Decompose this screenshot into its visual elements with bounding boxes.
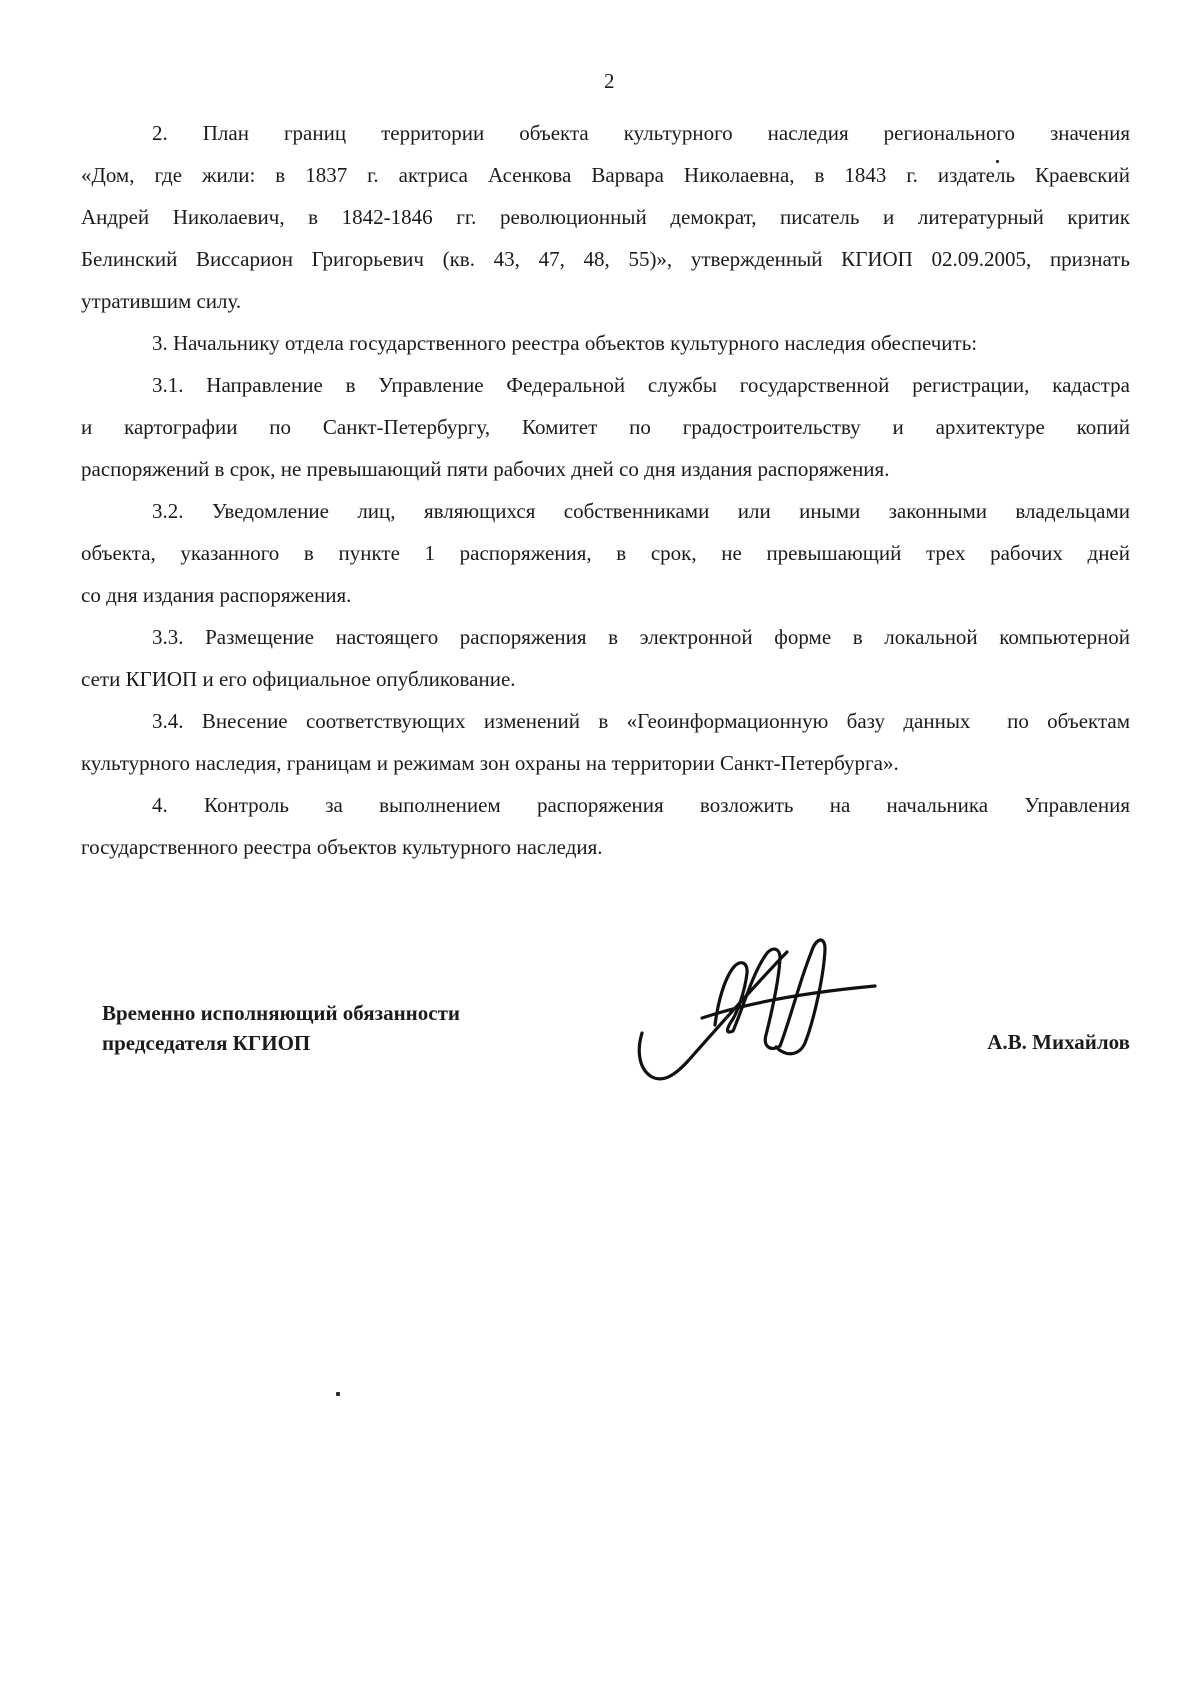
scan-artifact-dot <box>336 1392 340 1396</box>
signer-name: А.В. Михайлов <box>987 1027 1130 1057</box>
page-number: 2 <box>604 70 615 92</box>
paragraph-3-1-line-1: 3.1. Направление в Управление Федерально… <box>81 364 1130 406</box>
document-page: 2 2. План границ территории объекта куль… <box>0 0 1200 1697</box>
paragraph-3-3-line-1: 3.3. Размещение настоящего распоряжения … <box>81 616 1130 658</box>
paragraph-2-line-3: Андрей Николаевич, в 1842-1846 гг. револ… <box>81 196 1130 238</box>
paragraph-2-line-4: Белинский Виссарион Григорьевич (кв. 43,… <box>81 238 1130 280</box>
scan-artifact-dot <box>996 160 999 163</box>
paragraph-3-line-1: 3. Начальнику отдела государственного ре… <box>81 322 1130 364</box>
paragraph-4-line-1: 4. Контроль за выполнением распоряжения … <box>81 784 1130 826</box>
paragraph-3-2-line-3: со дня издания распоряжения. <box>81 574 1130 616</box>
paragraph-3-4-line-1: 3.4. Внесение соответствующих изменений … <box>81 700 1130 742</box>
paragraph-3-2-line-2: объекта, указанного в пункте 1 распоряже… <box>81 532 1130 574</box>
handwritten-signature-icon <box>590 850 880 1090</box>
paragraph-2-line-1: 2. План границ территории объекта культу… <box>81 112 1130 154</box>
signatory-title-line-1: Временно исполняющий обязанности <box>102 998 460 1028</box>
paragraph-3-4-line-2: культурного наследия, границам и режимам… <box>81 742 1130 784</box>
paragraph-3-3-line-2: сети КГИОП и его официальное опубликован… <box>81 658 1130 700</box>
signatory-title-line-2: председателя КГИОП <box>102 1028 460 1058</box>
document-body: 2. План границ территории объекта культу… <box>81 112 1130 868</box>
paragraph-3-1-line-3: распоряжений в срок, не превышающий пяти… <box>81 448 1130 490</box>
paragraph-2-line-2: «Дом, где жили: в 1837 г. актриса Асенко… <box>81 154 1130 196</box>
paragraph-2-line-5: утратившим силу. <box>81 280 1130 322</box>
signatory-title: Временно исполняющий обязанности председ… <box>102 998 460 1058</box>
paragraph-3-1-line-2: и картографии по Санкт-Петербургу, Комит… <box>81 406 1130 448</box>
paragraph-3-2-line-1: 3.2. Уведомление лиц, являющихся собстве… <box>81 490 1130 532</box>
